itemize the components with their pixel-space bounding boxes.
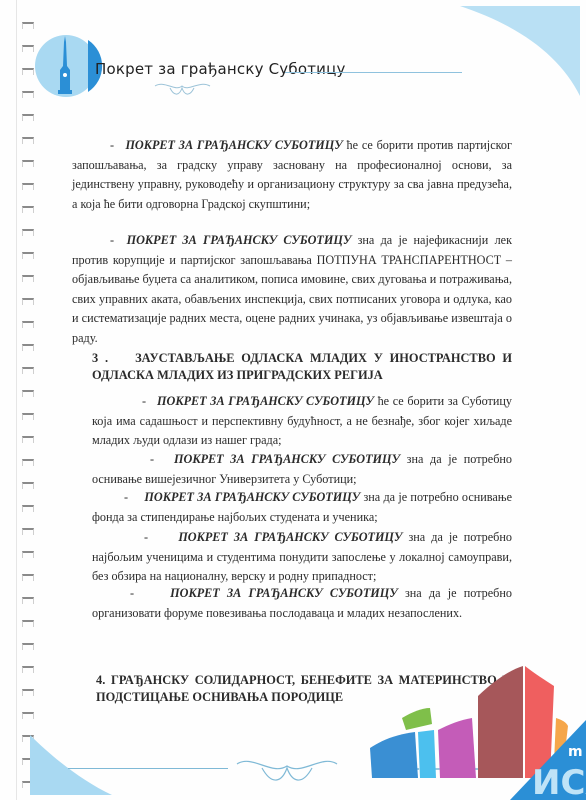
- binder-hole: [22, 252, 34, 259]
- binder-hole: [22, 114, 34, 121]
- footer-rule: [68, 768, 228, 769]
- party-name: ПОКРЕТ ЗА ГРАЂАНСКУ СУБОТИЦУ: [127, 233, 352, 247]
- section-title: ЗАУСТАВЉАЊЕ ОДЛАСКА МЛАДИХ У ИНОСТРАНСТВ…: [92, 351, 512, 382]
- bullet: -: [110, 138, 114, 152]
- binder-hole: [22, 390, 34, 397]
- binder-edge: [16, 0, 17, 800]
- binder-hole: [22, 298, 34, 305]
- corner-decoration-bottom-left: [30, 735, 120, 795]
- party-name: ПОКРЕТ ЗА ГРАЂАНСКУ СУБОТИЦУ: [170, 586, 398, 600]
- paragraph-2: - ПОКРЕТ ЗА ГРАЂАНСКУ СУБОТИЦУ зна да је…: [72, 231, 512, 348]
- section-number: 4.: [96, 673, 105, 687]
- brand-title: Покрет за грађанску Суботицу: [95, 60, 346, 78]
- binder-hole: [22, 206, 34, 213]
- paragraph-text: зна да је најефикаснији лек против коруп…: [72, 233, 512, 345]
- binder-hole: [22, 436, 34, 443]
- bullet: -: [142, 394, 146, 408]
- corner-decoration-top-right: [460, 6, 580, 96]
- section-3-item-1: - ПОКРЕТ ЗА ГРАЂАНСКУ СУБОТИЦУ ће се бор…: [92, 392, 512, 451]
- binder-hole: [22, 597, 34, 604]
- binder-hole: [22, 229, 34, 236]
- document-page: Покрет за грађанску Суботицу - ПОКРЕТ ЗА…: [0, 0, 586, 800]
- binder-hole: [22, 160, 34, 167]
- binder-hole: [22, 666, 34, 673]
- section-3-item-2: - ПОКРЕТ ЗА ГРАЂАНСКУ СУБОТИЦУ зна да је…: [92, 450, 512, 489]
- binder-hole: [22, 367, 34, 374]
- watermark-text: ИСА: [532, 763, 586, 800]
- bullet: -: [144, 530, 148, 544]
- binder-hole: [22, 137, 34, 144]
- binder-hole: [22, 574, 34, 581]
- binder-hole: [22, 22, 34, 29]
- party-name: ПОКРЕТ ЗА ГРАЂАНСКУ СУБОТИЦУ: [144, 490, 360, 504]
- binder-hole: [22, 620, 34, 627]
- party-name: ПОКРЕТ ЗА ГРАЂАНСКУ СУБОТИЦУ: [157, 394, 374, 408]
- colorful-city-logo-icon: ИСА m: [360, 660, 586, 800]
- paragraph-1: - ПОКРЕТ ЗА ГРАЂАНСКУ СУБОТИЦУ ће се бор…: [72, 136, 512, 214]
- binder-hole: [22, 413, 34, 420]
- watermark-suffix: m: [568, 744, 583, 760]
- section-3-heading: 3 . ЗАУСТАВЉАЊЕ ОДЛАСКА МЛАДИХ У ИНОСТРА…: [92, 350, 512, 384]
- binder-hole: [22, 183, 34, 190]
- party-name: ПОКРЕТ ЗА ГРАЂАНСКУ СУБОТИЦУ: [178, 530, 402, 544]
- binder-hole: [22, 528, 34, 535]
- party-name: ПОКРЕТ ЗА ГРАЂАНСКУ СУБОТИЦУ: [174, 452, 400, 466]
- section-3-item-3: - ПОКРЕТ ЗА ГРАЂАНСКУ СУБОТИЦУ зна да је…: [92, 488, 512, 527]
- ornament-icon: [232, 752, 342, 792]
- church-tower-icon: [33, 30, 103, 100]
- header-rule: [285, 72, 462, 73]
- section-3-item-5: - ПОКРЕТ ЗА ГРАЂАНСКУ СУБОТИЦУ зна да је…: [92, 584, 512, 623]
- section-3-item-4: - ПОКРЕТ ЗА ГРАЂАНСКУ СУБОТИЦУ зна да је…: [92, 528, 512, 587]
- binder-hole: [22, 643, 34, 650]
- binder-hole: [22, 689, 34, 696]
- section-number: 3 .: [92, 351, 108, 365]
- ornament-icon: [150, 78, 215, 100]
- party-name: ПОКРЕТ ЗА ГРАЂАНСКУ СУБОТИЦУ: [125, 138, 342, 152]
- binder-hole: [22, 275, 34, 282]
- bullet: -: [124, 490, 128, 504]
- binder-hole: [22, 712, 34, 719]
- bullet: -: [150, 452, 154, 466]
- binder-hole: [22, 482, 34, 489]
- binder-hole: [22, 344, 34, 351]
- binder-hole: [22, 505, 34, 512]
- binder-hole: [22, 459, 34, 466]
- binder-hole: [22, 321, 34, 328]
- bullet: -: [110, 233, 114, 247]
- binder-holes: [8, 0, 38, 800]
- binder-hole: [22, 551, 34, 558]
- bullet: -: [130, 586, 134, 600]
